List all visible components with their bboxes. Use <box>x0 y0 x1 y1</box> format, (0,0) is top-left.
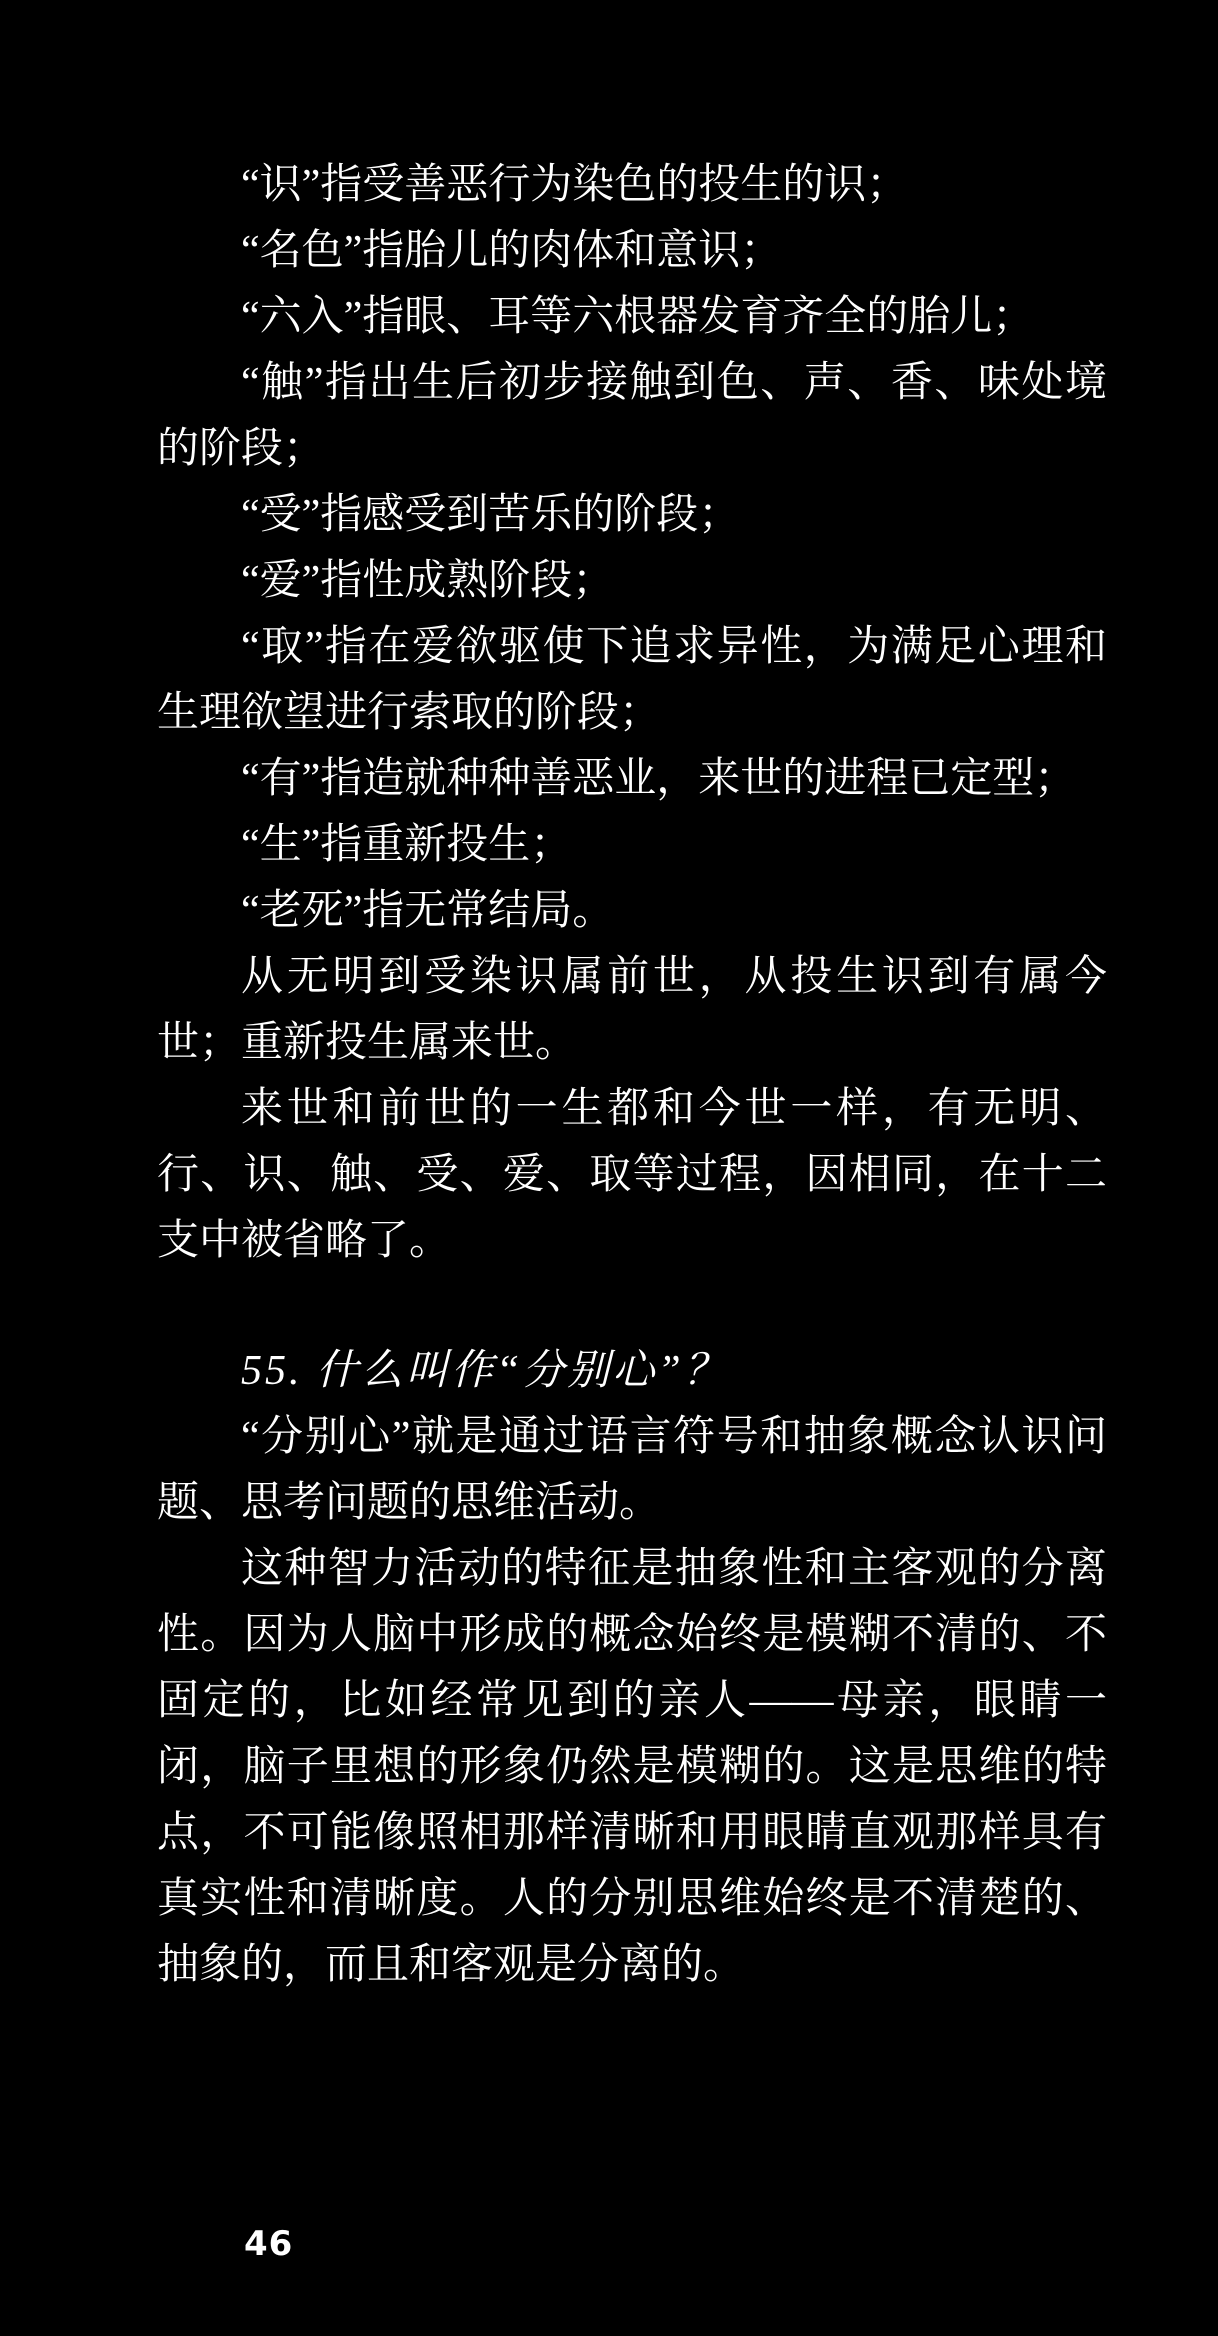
paragraph: “生”指重新投生； <box>157 812 1107 878</box>
page-number: 46 <box>244 2224 293 2264</box>
paragraph: “受”指感受到苦乐的阶段； <box>157 482 1107 548</box>
paragraph: “六入”指眼、耳等六根器发育齐全的胎儿； <box>157 284 1107 350</box>
paragraph: “老死”指无常结局。 <box>157 878 1107 944</box>
book-page: “识”指受善恶行为染色的投生的识； “名色”指胎儿的肉体和意识； “六入”指眼、… <box>0 0 1218 2336</box>
paragraph: 来世和前世的一生都和今世一样，有无明、行、识、触、受、爱、取等过程，因相同，在十… <box>157 1076 1107 1274</box>
paragraph: “名色”指胎儿的肉体和意识； <box>157 218 1107 284</box>
paragraph: “触”指出生后初步接触到色、声、香、味处境的阶段； <box>157 350 1107 482</box>
paragraph: “取”指在爱欲驱使下追求异性，为满足心理和生理欲望进行索取的阶段； <box>157 614 1107 746</box>
paragraph: “分别心”就是通过语言符号和抽象概念认识问题、思考问题的思维活动。 <box>157 1404 1107 1536</box>
page-text-block: “识”指受善恶行为染色的投生的识； “名色”指胎儿的肉体和意识； “六入”指眼、… <box>157 152 1107 1998</box>
paragraph: “识”指受善恶行为染色的投生的识； <box>157 152 1107 218</box>
paragraph: “有”指造就种种善恶业，来世的进程已定型； <box>157 746 1107 812</box>
paragraph: “爱”指性成熟阶段； <box>157 548 1107 614</box>
paragraph: 这种智力活动的特征是抽象性和主客观的分离性。因为人脑中形成的概念始终是模糊不清的… <box>157 1536 1107 1998</box>
paragraph: 从无明到受染识属前世，从投生识到有属今世；重新投生属来世。 <box>157 944 1107 1076</box>
section-heading: 55. 什么叫作“分别心”？ <box>157 1338 1107 1404</box>
